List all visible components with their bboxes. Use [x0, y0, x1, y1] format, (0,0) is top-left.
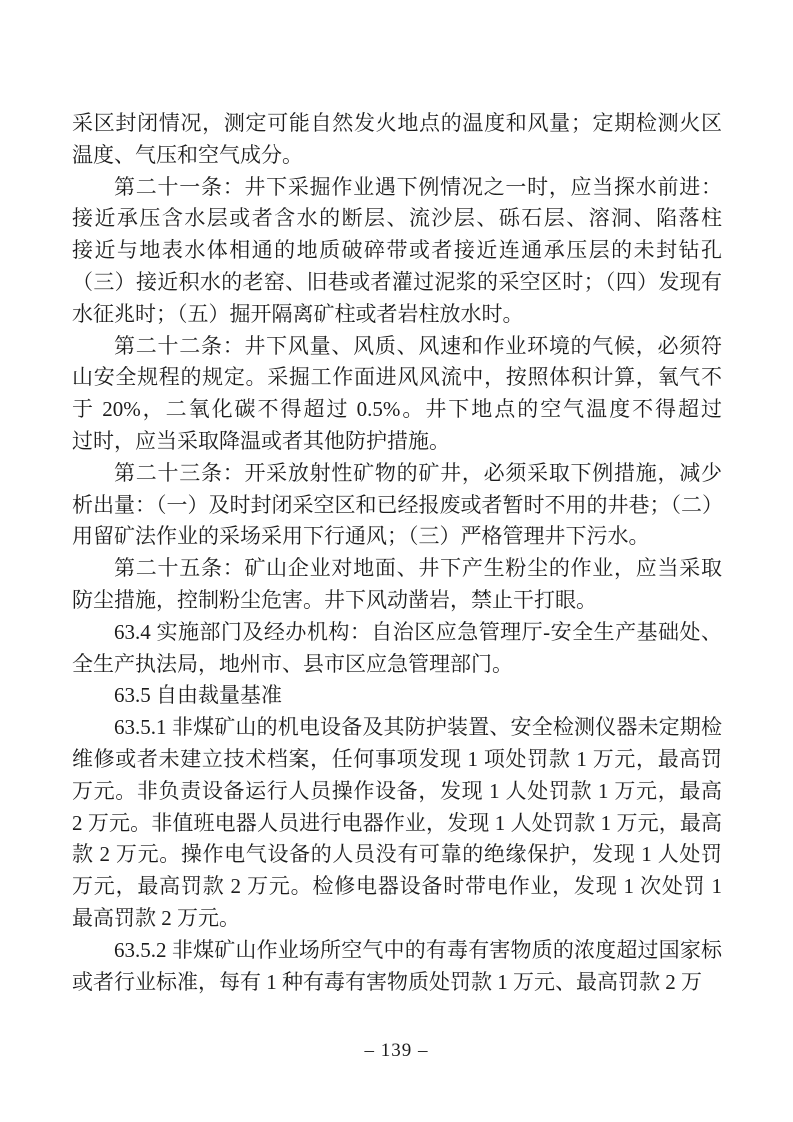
text-line: 63.4 实施部门及经办机构：自治区应急管理厅-安全生产基础处、安 [72, 617, 722, 649]
text-line: 第二十二条：井下风量、风质、风速和作业环境的气候，必须符合矿 [72, 331, 722, 363]
text-line: 过时，应当采取降温或者其他防护措施。 [72, 426, 722, 458]
text-line: 接近与地表水体相通的地质破碎带或者接近连通承压层的未封钻孔时； [72, 235, 722, 267]
text-line: 接近承压含水层或者含水的断层、流沙层、砾石层、溶洞、陷落柱时；（二） [72, 203, 722, 235]
text-line: 用留矿法作业的采场采用下行通风；（三）严格管理井下污水。 [72, 521, 722, 553]
text-line: 款 2 万元。操作电气设备的人员没有可靠的绝缘保护，发现 1 人处罚款 1 [72, 839, 722, 871]
text-line: （三）接近积水的老窑、旧巷或者灌过泥浆的采空区时；（四）发现有出 [72, 267, 722, 299]
text-line: 第二十五条：矿山企业对地面、井下产生粉尘的作业，应当采取综合 [72, 553, 722, 585]
text-line: 维修或者未建立技术档案，任何事项发现 1 项处罚款 1 万元，最高罚款 2 [72, 744, 722, 776]
page-number: – 139 – [0, 1040, 793, 1062]
text-line: 第二十一条：井下采掘作业遇下例情况之一时，应当探水前进：（一） [72, 172, 722, 204]
text-line: 63.5 自由裁量基准 [72, 680, 722, 712]
text-line: 水征兆时；（五）掘开隔离矿柱或者岩柱放水时。 [72, 299, 722, 331]
text-line: 温度、气压和空气成分。 [72, 140, 722, 172]
text-line: 采区封闭情况，测定可能自然发火地点的温度和风量；定期检测火区内的 [72, 108, 722, 140]
document-page: 采区封闭情况，测定可能自然发火地点的温度和风量；定期检测火区内的温度、气压和空气… [0, 0, 793, 1122]
text-line: 63.5.2 非煤矿山作业场所空气中的有毒有害物质的浓度超过国家标准 [72, 935, 722, 967]
text-line: 最高罚款 2 万元。 [72, 903, 722, 935]
text-line: 第二十三条：开采放射性矿物的矿井，必须采取下例措施，减少氡气 [72, 458, 722, 490]
text-line: 于 20%，二氧化碳不得超过 0.5%。井下地点的空气温度不得超过 28℃；超 [72, 394, 722, 426]
text-line: 2 万元。非值班电器人员进行电器作业，发现 1 人处罚款 1 万元，最高罚 [72, 808, 722, 840]
text-line: 全生产执法局，地州市、县市区应急管理部门。 [72, 649, 722, 681]
text-line: 析出量：（一）及时封闭采空区和已经报废或者暂时不用的井巷；（二） [72, 490, 722, 522]
text-line: 防尘措施，控制粉尘危害。井下风动凿岩，禁止干打眼。 [72, 585, 722, 617]
text-line: 万元。非负责设备运行人员操作设备，发现 1 人处罚款 1 万元，最高罚款 [72, 776, 722, 808]
text-line: 或者行业标准，每有 1 种有毒有害物质处罚款 1 万元、最高罚款 2 万元。 [72, 967, 722, 999]
text-line: 63.5.1 非煤矿山的机电设备及其防护装置、安全检测仪器未定期检查、 [72, 712, 722, 744]
document-body: 采区封闭情况，测定可能自然发火地点的温度和风量；定期检测火区内的温度、气压和空气… [72, 108, 722, 998]
text-line: 山安全规程的规定。采掘工作面进风风流中，按照体积计算，氧气不得低 [72, 362, 722, 394]
text-line: 万元，最高罚款 2 万元。检修电器设备时带电作业，发现 1 次处罚 1 万元， [72, 871, 722, 903]
